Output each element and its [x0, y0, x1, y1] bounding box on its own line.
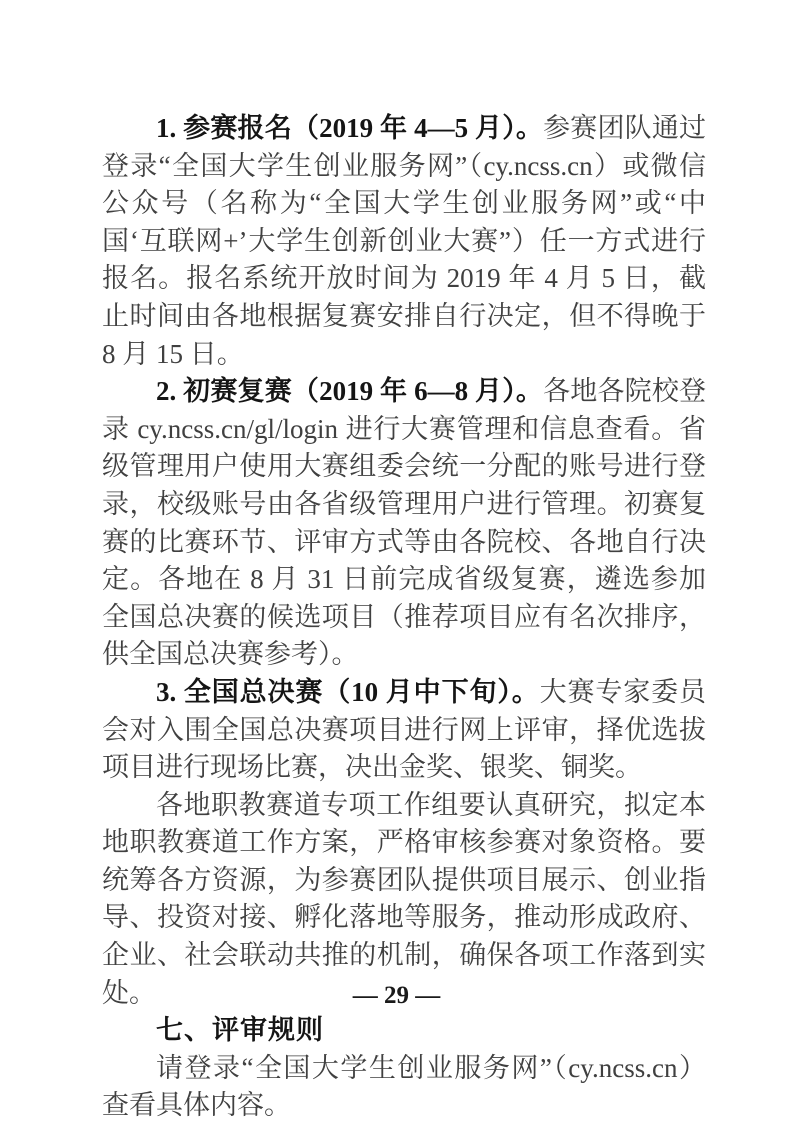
paragraph-judging-rules-body: 请登录“全国大学生创业服务网”（cy.ncss.cn）查看具体内容。	[102, 1050, 706, 1122]
paragraph-finals-heading: 3. 全国总决赛（10 月中下旬）。	[156, 677, 540, 707]
paragraph-preliminary-text: 各地各院校登录 cy.ncss.cn/gl/login 进行大赛管理和信息查看。…	[102, 376, 706, 669]
paragraph-registration-text: 参赛团队通过登录“全国大学生创业服务网”（cy.ncss.cn）或微信公众号（名…	[102, 113, 706, 369]
section-heading-judging-rules-text: 七、评审规则	[156, 1015, 324, 1045]
paragraph-preliminary-heading: 2. 初赛复赛（2019 年 6—8 月）。	[156, 376, 543, 406]
paragraph-vocational-track: 各地职教赛道专项工作组要认真研究，拟定本地职教赛道工作方案，严格审核参赛对象资格…	[102, 787, 706, 1013]
section-heading-judging-rules: 七、评审规则	[102, 1012, 706, 1050]
paragraph-registration-heading: 1. 参赛报名（2019 年 4—5 月）。	[156, 113, 543, 143]
paragraph-preliminary: 2. 初赛复赛（2019 年 6—8 月）。各地各院校登录 cy.ncss.cn…	[102, 373, 706, 674]
paragraph-finals: 3. 全国总决赛（10 月中下旬）。大赛专家委员会对入围全国总决赛项目进行网上评…	[102, 674, 706, 787]
paragraph-judging-rules-text: 请登录“全国大学生创业服务网”（cy.ncss.cn）查看具体内容。	[102, 1053, 706, 1121]
document-content: 1. 参赛报名（2019 年 4—5 月）。参赛团队通过登录“全国大学生创业服务…	[102, 110, 706, 1122]
paragraph-registration: 1. 参赛报名（2019 年 4—5 月）。参赛团队通过登录“全国大学生创业服务…	[102, 110, 706, 373]
paragraph-vocational-track-text: 各地职教赛道专项工作组要认真研究，拟定本地职教赛道工作方案，严格审核参赛对象资格…	[102, 790, 706, 1008]
document-page: 1. 参赛报名（2019 年 4—5 月）。参赛团队通过登录“全国大学生创业服务…	[0, 0, 793, 1122]
page-number: — 29 —	[0, 982, 793, 1010]
